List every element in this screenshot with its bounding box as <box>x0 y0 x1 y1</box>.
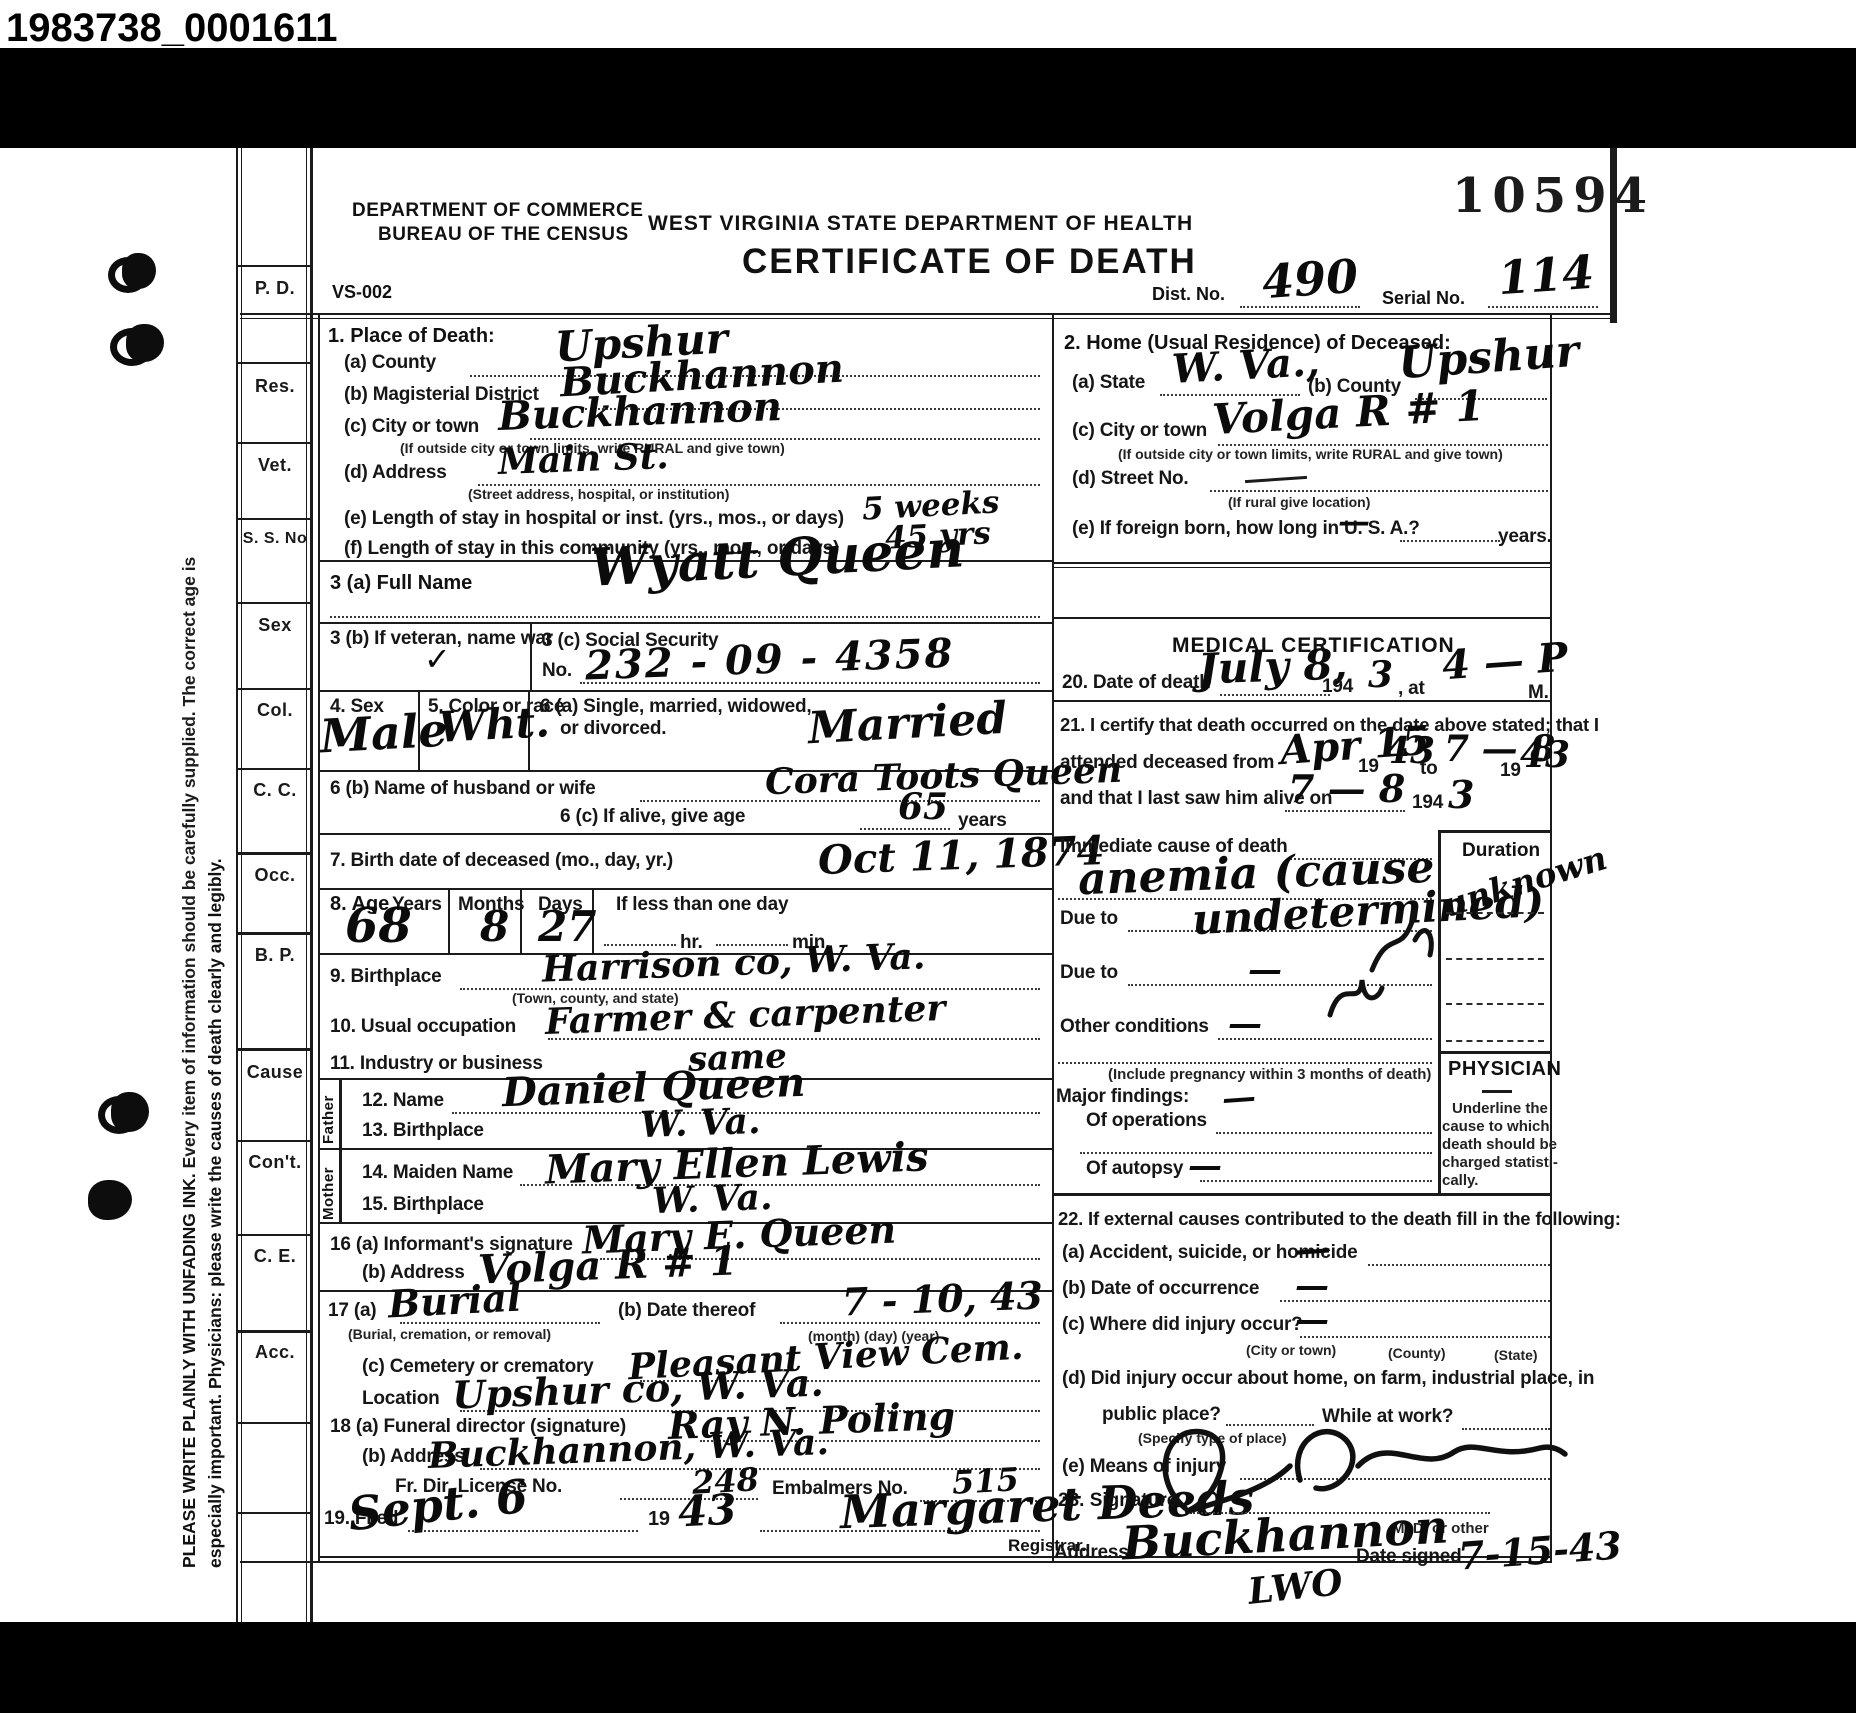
duration-rule <box>1446 912 1544 914</box>
s22-title: 22. If external causes contributed to th… <box>1058 1208 1621 1230</box>
s17loc-label: Location <box>362 1388 440 1410</box>
s4-value: Male <box>319 703 449 764</box>
other-label: Other conditions <box>1060 1016 1209 1038</box>
duration-rule <box>1446 1003 1544 1005</box>
rail-label-cause: Cause <box>238 1062 312 1083</box>
stamp-number: 10594 <box>1452 168 1654 224</box>
rail-label-cc: C. C. <box>238 780 312 801</box>
s17a-note: (Burial, cremation, or removal) <box>348 1326 551 1342</box>
s2c-pen-underline <box>1245 476 1307 483</box>
physician-note-line4: charged statisti- <box>1442 1154 1558 1171</box>
duration-box-left <box>1438 830 1441 1196</box>
rail-label-cont: Con't. <box>238 1152 312 1173</box>
duration-rule <box>1446 958 1544 960</box>
margin-instruction-note: PLEASE WRITE PLAINLY WITH UNFADING INK. … <box>176 170 228 1568</box>
rail-separator <box>236 1512 313 1514</box>
s3a-value: Wyatt Queen <box>589 518 966 599</box>
agency-name-line2: BUREAU OF THE CENSUS <box>378 224 629 246</box>
dist-no-leader <box>1240 306 1360 308</box>
scanned-death-certificate: 1983738_0001611 PLEASE WRITE PLAINLY WIT… <box>0 0 1856 1713</box>
rail-separator <box>236 1048 313 1051</box>
s6c-label: 6 (c) If alive, give age <box>560 806 745 828</box>
rail-label-res: Res. <box>238 376 312 397</box>
s22d-label1: (d) Did injury occur about home, on farm… <box>1062 1368 1594 1390</box>
s10-label: 10. Usual occupation <box>330 1016 516 1038</box>
s1c-label: (c) City or town <box>344 416 479 438</box>
rail-separator <box>236 442 313 444</box>
address-scrawl: LWO <box>1246 1561 1345 1613</box>
duration-physician-divider <box>1438 1051 1552 1054</box>
s3a-label: 3 (a) Full Name <box>330 572 472 595</box>
s1d-note: (Street address, hospital, or institutio… <box>468 486 729 502</box>
s2a-label: (a) State <box>1072 372 1145 394</box>
s2e-suffix: years. <box>1498 526 1552 548</box>
duration-box-top <box>1438 830 1552 833</box>
date-signed-label: Date signed <box>1356 1546 1462 1568</box>
s2c-note: (If outside city or town limits, write R… <box>1118 446 1503 462</box>
due2-label: Due to <box>1060 962 1118 984</box>
operations-label: Of operations <box>1086 1110 1207 1132</box>
s2-bottom-line <box>1052 562 1552 564</box>
s13-label: 13. Birthplace <box>362 1120 484 1142</box>
s1d-label: (d) Address <box>344 462 447 484</box>
dist-no-label: Dist. No. <box>1152 284 1225 305</box>
parent-bracket-line <box>339 1078 342 1222</box>
physician-note-line2: cause to which <box>1442 1118 1550 1135</box>
s20-label: 20. Date of death <box>1062 672 1211 694</box>
rail-separator <box>236 265 313 267</box>
rail-separator <box>236 932 313 935</box>
s8-divider2 <box>520 888 522 953</box>
s20-at-label: , at <box>1398 678 1425 700</box>
s22c-label: (c) Where did injury occur? <box>1062 1314 1303 1336</box>
s19-year-value: 43 <box>677 1485 738 1537</box>
s6c-value: 65 <box>898 786 948 828</box>
s2-bottom-line2 <box>1052 567 1552 568</box>
s8-months-value: 8 <box>480 902 509 951</box>
s21-y2-value: 43 <box>1520 734 1570 776</box>
top-scan-bar <box>0 48 1856 148</box>
s20-printed-year: 194 <box>1322 676 1353 698</box>
s21-line2: attended deceased from <box>1060 752 1274 774</box>
father-bracket-label: Father <box>320 1095 337 1144</box>
physician-title-dash <box>1482 1090 1512 1093</box>
s7-bottom-line <box>318 888 1052 890</box>
s6c-suffix: years <box>958 810 1007 832</box>
s3a-leader <box>330 616 1040 618</box>
rail-separator <box>236 852 313 855</box>
rail-separator <box>236 1330 313 1333</box>
s3bc-bottom-line <box>318 690 1052 692</box>
s2c-label: (c) City or town <box>1072 420 1207 442</box>
agency-name-line1: DEPARTMENT OF COMMERCE <box>352 200 643 222</box>
s20-bottom-line <box>1052 700 1552 702</box>
bottom-scan-bar <box>0 1622 1856 1713</box>
autopsy-label: Of autopsy <box>1086 1158 1183 1180</box>
s21-y3-value: 3 <box>1448 772 1474 817</box>
rail-separator <box>236 602 313 604</box>
s17b-value: 7 - 10, 43 <box>841 1273 1043 1325</box>
s14-label: 14. Maiden Name <box>362 1162 513 1184</box>
rail-separator <box>236 768 313 770</box>
state-title: WEST VIRGINIA STATE DEPARTMENT OF HEALTH <box>648 212 1193 236</box>
other-value: — <box>1228 1004 1262 1044</box>
s22b-label: (b) Date of occurrence <box>1062 1278 1259 1300</box>
s22c-value: — <box>1295 1300 1329 1340</box>
s2c-value: Volga R # 1 <box>1211 381 1486 444</box>
physician-note-line5: cally. <box>1442 1172 1478 1189</box>
s2e-value: — <box>1338 502 1370 540</box>
margin-note-line1: PLEASE WRITE PLAINLY WITH UNFADING INK. … <box>176 170 202 1568</box>
margin-note-line2: especially important. Physicians: please… <box>202 170 228 1568</box>
rail-label-bp: B. P. <box>238 945 312 966</box>
margin-note-line1-bold: PLEASE WRITE PLAINLY WITH UNFADING INK. <box>179 1173 199 1568</box>
s21-to-label: to <box>1420 758 1438 780</box>
form-code: VS-002 <box>332 282 392 303</box>
s3bc-divider <box>530 622 532 690</box>
s9-label: 9. Birthplace <box>330 966 441 988</box>
rail-separator <box>236 1140 313 1142</box>
s5-value: Wht. <box>437 697 551 752</box>
pregnancy-note: (Include pregnancy within 3 months of de… <box>1108 1066 1431 1083</box>
s17b-label: (b) Date thereof <box>618 1300 755 1322</box>
s6b-label: 6 (b) Name of husband or wife <box>330 778 596 800</box>
s1d-value: Main St. <box>497 435 669 483</box>
s22c-leader <box>1300 1336 1550 1338</box>
rail-label-sex: Sex <box>238 615 312 636</box>
s20-leader <box>1220 694 1330 696</box>
pregnancy-leader <box>1058 1062 1432 1064</box>
s12-label: 12. Name <box>362 1090 444 1112</box>
s17a-label: 17 (a) <box>328 1300 376 1322</box>
s19-printed-year: 19 <box>648 1508 670 1531</box>
rail-label-ce: C. E. <box>238 1246 312 1267</box>
medical-top-line <box>1052 617 1552 619</box>
address-label: Address <box>1054 1542 1129 1564</box>
s6a-label2: or divorced. <box>560 718 666 740</box>
physician-note-line3: death should be <box>1442 1136 1557 1153</box>
physician-note-line1: Underline the <box>1452 1100 1548 1117</box>
findings-label: Major findings: <box>1056 1086 1189 1108</box>
s21-y3-printed: 194 <box>1412 792 1443 814</box>
s7-label: 7. Birth date of deceased (mo., day, yr.… <box>330 850 673 872</box>
rail-label-col: Col. <box>238 700 312 721</box>
s22a-leader <box>1368 1264 1550 1266</box>
rail-label-occ: Occ. <box>238 865 312 886</box>
margin-note-line1-rest: Every item of information should be care… <box>179 557 199 1174</box>
rail-separator <box>236 362 313 364</box>
s6a-label1: 6 (a) Single, married, widowed, <box>540 696 811 718</box>
rail-label-pd: P. D. <box>238 278 312 299</box>
rail-separator <box>236 518 313 520</box>
s1e-label: (e) Length of stay in hospital or inst. … <box>344 508 844 530</box>
center-divider <box>1052 313 1054 1562</box>
form-left-border <box>318 313 320 1562</box>
s6a-value: Married <box>807 693 1008 754</box>
s20-time-value: 4 — P <box>1441 634 1570 690</box>
due1-label: Due to <box>1060 908 1118 930</box>
s2a-value: W. Va., <box>1171 338 1321 393</box>
s21-alive-value: 7 — 8 <box>1288 766 1405 811</box>
s21-alive-leader <box>1285 810 1405 812</box>
s22c-note-state: (State) <box>1494 1347 1538 1363</box>
s3b-check: ✓ <box>424 640 451 678</box>
mother-bracket-label: Mother <box>320 1167 337 1220</box>
s9-value: Harrison co, W. Va. <box>541 935 926 990</box>
certificate-title: CERTIFICATE OF DEATH <box>742 242 1197 282</box>
physician-title: PHYSICIAN <box>1448 1058 1561 1081</box>
medical-block-bottom-line <box>1052 1193 1552 1196</box>
rail-separator <box>236 1422 313 1424</box>
s8-years-value: 68 <box>345 898 412 954</box>
s15-label: 15. Birthplace <box>362 1194 484 1216</box>
s22c-note-county: (County) <box>1388 1345 1446 1361</box>
findings-value: — <box>1221 1077 1258 1119</box>
duration-rule <box>1446 1040 1544 1042</box>
scan-id: 1983738_0001611 <box>6 6 337 51</box>
s8-ltoneday-label: If less than one day <box>616 894 788 916</box>
rail-separator <box>236 688 313 690</box>
s17a-value: Burial <box>387 1275 522 1327</box>
s1-title: 1. Place of Death: <box>328 325 495 348</box>
s21-y2-printed: 19 <box>1500 760 1521 782</box>
rail-label-vet: Vet. <box>238 455 312 476</box>
s1a-label: (a) County <box>344 352 436 374</box>
s8-divider1 <box>448 888 450 953</box>
s17b-leader <box>780 1322 1040 1324</box>
rail-label-ssno: S. S. No <box>238 530 312 548</box>
top-rule2 <box>240 318 1615 319</box>
autopsy-value: — <box>1188 1146 1222 1186</box>
stray-pen-mark <box>1320 960 1390 1030</box>
s20-year-value: 3 <box>1368 654 1393 696</box>
serial-no-label: Serial No. <box>1382 288 1465 309</box>
serial-no-leader <box>1488 306 1598 308</box>
s1c-value: Buckhannon <box>497 383 782 440</box>
rail-label-acc: Acc. <box>238 1342 312 1363</box>
due2-value: — <box>1248 950 1282 990</box>
s22a-value: — <box>1294 1227 1333 1271</box>
dist-no-value: 490 <box>1260 249 1360 310</box>
findings-mid-leader <box>1080 1152 1432 1154</box>
s3a-bottom-line <box>318 622 1052 624</box>
s2e-leader <box>1400 540 1500 542</box>
s22c-note-city: (City or town) <box>1246 1342 1336 1358</box>
s8-days-value: 27 <box>538 902 596 951</box>
top-rule <box>240 313 1615 315</box>
s3c-no-label: No. <box>542 660 572 682</box>
rail-separator <box>236 1234 313 1236</box>
s2d-leader <box>1210 490 1548 492</box>
s2d-label: (d) Street No. <box>1072 468 1188 490</box>
serial-no-value: 114 <box>1496 245 1596 306</box>
operations-leader <box>1216 1132 1432 1134</box>
autopsy-leader <box>1200 1180 1432 1182</box>
s6c-leader <box>860 828 950 830</box>
